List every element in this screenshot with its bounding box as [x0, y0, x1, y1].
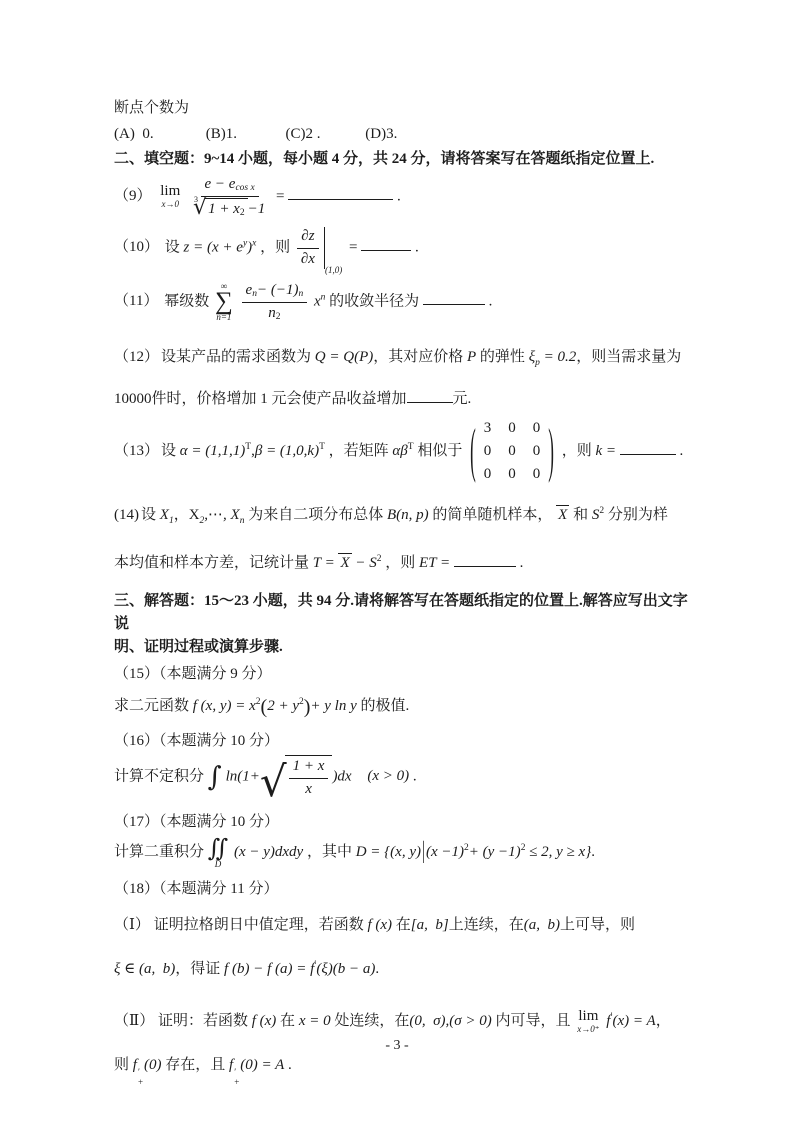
choice-b: (B)1. — [206, 122, 282, 146]
right-paren: ) — [547, 416, 555, 487]
fraction: en − (−1)n n2 — [242, 281, 308, 323]
radical-sign: √ — [260, 765, 287, 799]
question-9: （9） lim x→0 e − e cos x 3 √ 1 + x 2 −1 =… — [114, 175, 694, 219]
question-12-number: （12） — [114, 349, 159, 365]
section-2-heading: 二、填空题：9~14 小题，每小题 4 分，共 24 分，请将答案写在答题纸指定… — [114, 147, 694, 171]
answer-blank — [454, 551, 516, 567]
double-integral-sign: ∬ D — [208, 836, 228, 869]
stem-text: 断点个数为 — [114, 100, 189, 116]
question-16-head: （16）（本题满分 10 分） — [114, 729, 694, 753]
answer-blank — [620, 439, 676, 455]
question-13-number: （13） — [114, 443, 159, 459]
question-11: （11） 幂级数 ∞ ∑ n=1 en − (−1)n n2 xn 的收敛半径为… — [114, 281, 694, 323]
page-number: - 3 - — [0, 1038, 794, 1054]
answer-blank — [361, 235, 411, 251]
integral-sign: ∫ — [208, 762, 222, 793]
question-17-head: （17）（本题满分 10 分） — [114, 810, 694, 834]
question-12: （12）设某产品的需求函数为 Q = Q(P)，其对应价格 P 的弹性 ξp =… — [114, 339, 694, 417]
choice-c: (C)2 . — [286, 122, 362, 146]
question-14-number: (14) — [114, 507, 139, 523]
question-15-body: 求二元函数 f (x, y) = x2(2 + y2)+ y ln y 的极值. — [114, 690, 694, 719]
square-root: √1 + xx — [260, 755, 333, 799]
choice-a: (A) 0. — [114, 122, 202, 146]
fraction: e − e cos x 3 √ 1 + x 2 −1 — [190, 175, 269, 219]
matrix-3x3: ( 300 000 000 ) — [469, 419, 555, 484]
part-2-label: （Ⅱ） — [114, 1013, 154, 1029]
x-bar: X — [338, 553, 351, 572]
answer-blank — [407, 387, 453, 403]
question-13: （13）设 α = (1,1,1)T,β = (1,0,k)T ，若矩阵 αβT… — [114, 419, 694, 484]
question-18-head: （18）（本题满分 11 分） — [114, 877, 694, 901]
prime-plus: ′+ — [138, 1068, 143, 1088]
limit-operator: lim x→0 — [160, 184, 180, 209]
fraction: ∂z ∂x — [297, 227, 319, 269]
question-10-number: （10） — [114, 239, 159, 255]
part-1-label: （Ⅰ） — [114, 917, 150, 933]
root-index: 3 — [194, 195, 198, 205]
limit-operator: lim x→0⁺ — [577, 1009, 599, 1034]
question-15-head: （15）（本题满分 9 分） — [114, 662, 694, 686]
question-9-number: （9） — [114, 188, 152, 204]
evaluation-bar — [324, 227, 325, 269]
exam-page-content: 断点个数为 (A) 0. (B)1. (C)2 . (D)3. 二、填空题：9~… — [114, 0, 694, 1088]
question-18-part1: （Ⅰ） 证明拉格朗日中值定理，若函数 f (x) 在[a, b]上连续，在(a,… — [114, 905, 694, 989]
question-17-body: 计算二重积分 ∬ D (x − y)dxdy ，其中 D = {(x, y)|(… — [114, 836, 694, 869]
x-bar: X — [556, 505, 569, 524]
left-paren: ( — [469, 416, 477, 487]
prime-plus: ′+ — [234, 1068, 239, 1088]
question-16-body: 计算不定积分 ∫ ln(1+√1 + xx)dx (x > 0) . — [114, 755, 694, 799]
question-8-stem-tail: 断点个数为 — [114, 96, 694, 120]
question-14: (14)设 X1，X2,⋯, Xn 为来自二项分布总体 B(n, p) 的简单随… — [114, 492, 694, 582]
question-10: （10） 设 z = (x + ey)x ，则 ∂z ∂x (1,0) = . — [114, 227, 694, 269]
choice-d: (D)3. — [365, 122, 397, 146]
partial-derivative-evaluated: ∂z ∂x (1,0) — [294, 227, 345, 269]
summation-operator: ∞ ∑ n=1 — [215, 282, 233, 323]
section-3-heading: 三、解答题：15～23 小题，共 94 分.请将解答写在答题纸指定的位置上.解答… — [114, 590, 694, 659]
question-11-number: （11） — [114, 293, 158, 309]
answer-blank — [423, 289, 485, 305]
answer-blank — [288, 184, 393, 200]
set-builder-bar: | — [421, 839, 426, 866]
question-8-choices: (A) 0. (B)1. (C)2 . (D)3. — [114, 122, 694, 146]
